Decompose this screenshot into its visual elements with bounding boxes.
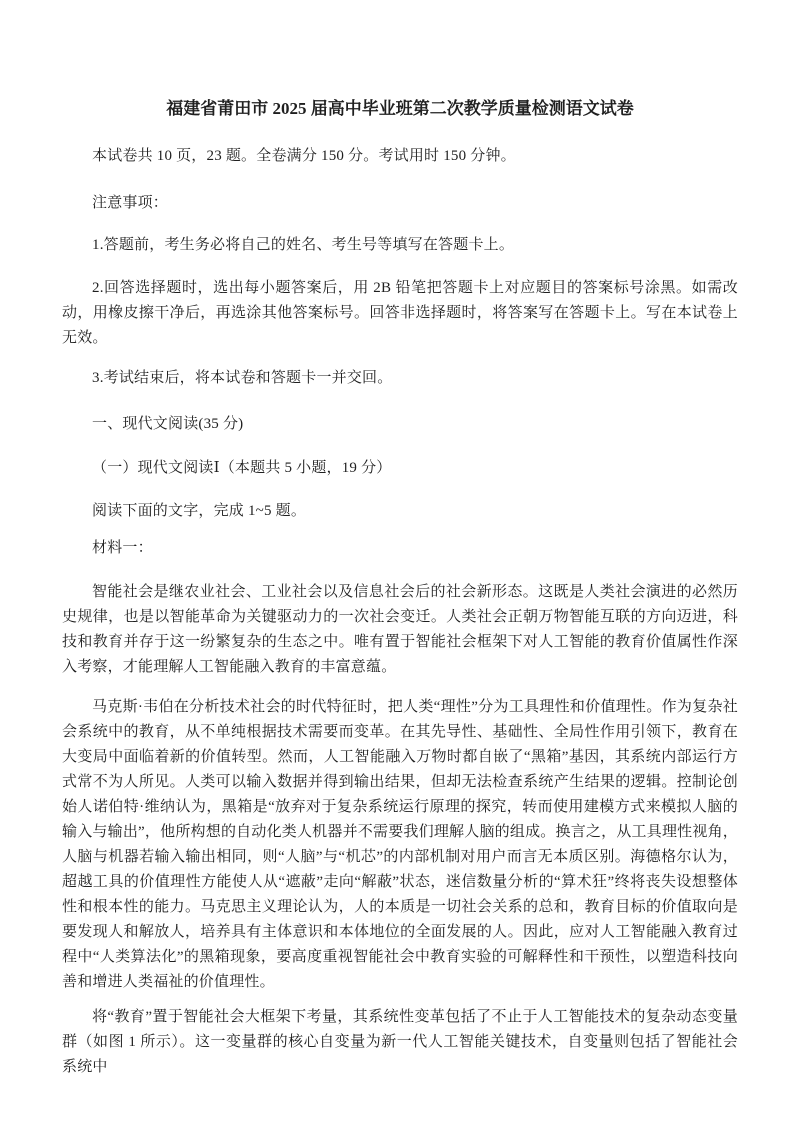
exam-paper-page: 福建省莆田市 2025 届高中毕业班第二次教学质量检测语文试卷 本试卷共 10 …	[0, 0, 800, 1131]
material-paragraph-2: 马克斯·韦伯在分析技术社会的时代特征时，把人类“理性”分为工具理性和价值理性。作…	[62, 695, 738, 995]
note-item-3: 3.考试结束后，将本试卷和答题卡一并交回。	[62, 366, 738, 391]
note-item-2: 2.回答选择题时，选出每小题答案后，用 2B 铅笔把答题卡上对应题目的答案标号涂…	[62, 276, 738, 351]
subsection-heading: （一）现代文阅读Ⅰ（本题共 5 小题，19 分）	[62, 456, 738, 481]
section-heading: 一、现代文阅读(35 分)	[62, 412, 738, 437]
reading-instruction: 阅读下面的文字，完成 1~5 题。	[62, 499, 738, 524]
notes-heading: 注意事项：	[62, 191, 738, 216]
exam-info: 本试卷共 10 页，23 题。全卷满分 150 分。考试用时 150 分钟。	[62, 144, 738, 169]
page-title: 福建省莆田市 2025 届高中毕业班第二次教学质量检测语文试卷	[62, 97, 738, 121]
material-paragraph-1: 智能社会是继农业社会、工业社会以及信息社会后的社会新形态。这既是人类社会演进的必…	[62, 580, 738, 680]
material-one-label: 材料一：	[62, 536, 738, 561]
note-item-1: 1.答题前，考生务必将自己的姓名、考生号等填写在答题卡上。	[62, 233, 738, 258]
material-paragraph-3: 将“教育”置于智能社会大框架下考量，其系统性变革包括了不止于人工智能技术的复杂动…	[62, 1005, 738, 1080]
